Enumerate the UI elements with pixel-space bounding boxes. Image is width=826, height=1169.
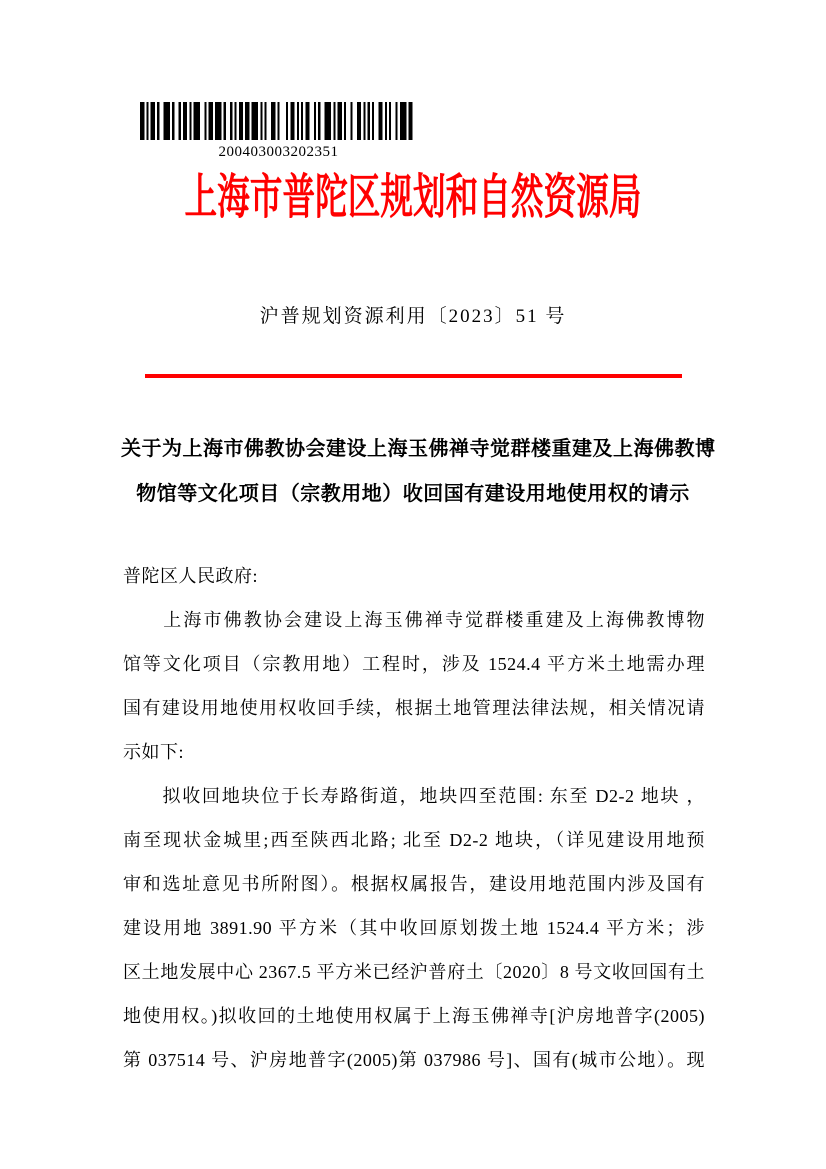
body-line: 国有建设用地使用权收回手续，根据土地管理法律法规，相关情况请 xyxy=(123,686,705,730)
body-line: 区土地发展中心 2367.5 平方米已经沪普府土〔2020〕8 号文收回国有土 xyxy=(123,950,705,994)
barcode-block: 200403003202351 xyxy=(140,102,417,161)
body-line: 示如下: xyxy=(123,730,705,774)
document-number: 沪普规划资源利用〔2023〕51 号 xyxy=(0,303,826,331)
document-title: 关于为上海市佛教协会建设上海玉佛禅寺觉群楼重建及上海佛教博 物馆等文化项目（宗教… xyxy=(121,427,705,517)
body-line: 审和选址意见书所附图）。根据权属报告，建设用地范围内涉及国有 xyxy=(123,862,705,906)
red-divider-line xyxy=(145,374,682,378)
document-page: 200403003202351 上海市普陀区规划和自然资源局 沪普规划资源利用〔… xyxy=(0,0,826,1169)
agency-title: 上海市普陀区规划和自然资源局 xyxy=(185,168,642,228)
body-line: 第 037514 号、沪房地普字(2005)第 037986 号]、国有(城市公… xyxy=(123,1038,705,1082)
barcode-image xyxy=(140,102,417,140)
title-line-2: 物馆等文化项目（宗教用地）收回国有建设用地使用权的请示 xyxy=(121,472,705,517)
body-line: 南至现状金城里;西至陕西北路; 北至 D2-2 地块，（详见建设用地预 xyxy=(123,818,705,862)
body-line: 拟收回地块位于长寿路街道，地块四至范围: 东至 D2-2 地块 ， xyxy=(123,774,705,818)
body-line-salutation: 普陀区人民政府: xyxy=(123,554,705,598)
body-line: 上海市佛教协会建设上海玉佛禅寺觉群楼重建及上海佛教博物 xyxy=(123,598,705,642)
document-body: 普陀区人民政府: 上海市佛教协会建设上海玉佛禅寺觉群楼重建及上海佛教博物 馆等文… xyxy=(123,554,705,1082)
body-line: 建设用地 3891.90 平方米（其中收回原划拨土地 1524.4 平方米；涉 xyxy=(123,906,705,950)
body-line: 馆等文化项目（宗教用地）工程时，涉及 1524.4 平方米土地需办理 xyxy=(123,642,705,686)
body-line: 地使用权。)拟收回的土地使用权属于上海玉佛禅寺[沪房地普字(2005) xyxy=(123,994,705,1038)
title-line-1: 关于为上海市佛教协会建设上海玉佛禅寺觉群楼重建及上海佛教博 xyxy=(121,427,705,472)
agency-title-row: 上海市普陀区规划和自然资源局 xyxy=(0,168,826,228)
barcode-number: 200403003202351 xyxy=(140,143,417,161)
